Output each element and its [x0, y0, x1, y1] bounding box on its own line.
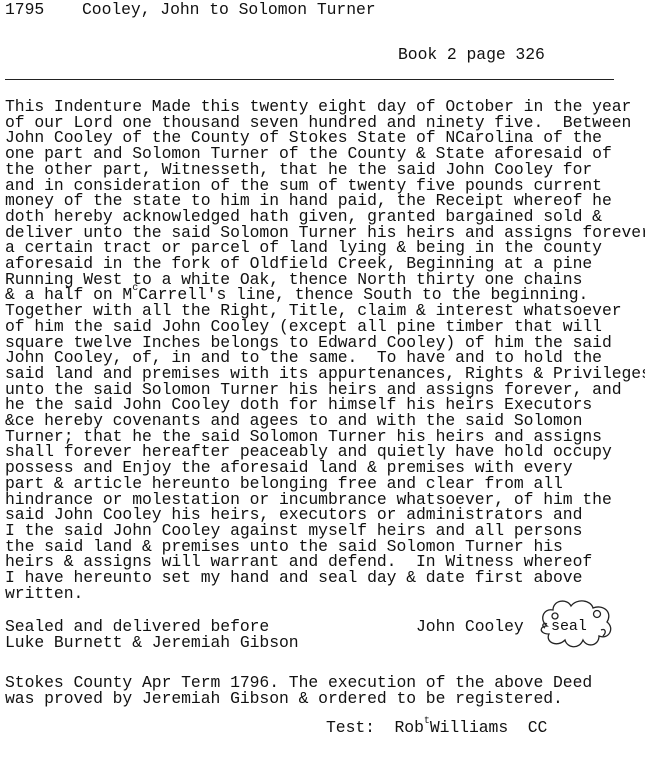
- deed-title: Cooley, John to Solomon Turner: [82, 2, 376, 18]
- header-divider: [5, 79, 614, 80]
- probate-line-2: was proved by Jeremiah Gibson & ordered …: [5, 689, 563, 708]
- signer-name: John Cooley: [416, 619, 524, 635]
- witness-block: Sealed and delivered before Luke Burnett…: [5, 619, 299, 650]
- witness-line-2: Luke Burnett & Jeremiah Gibson: [5, 633, 299, 652]
- clerk-name-superscript: t: [424, 716, 430, 727]
- clerk-title: CC: [528, 718, 548, 737]
- indenture-body: This Indenture Made this twenty eight da…: [5, 99, 645, 602]
- deed-year: 1795: [5, 2, 44, 18]
- attest-label: Test:: [326, 718, 375, 737]
- book-reference: Book 2 page 326: [398, 47, 545, 63]
- attestation: Test: RobtWilliams CC: [326, 720, 547, 736]
- body-line: I have hereunto set my hand and seal day…: [5, 570, 645, 586]
- seal-label: seal: [551, 619, 587, 635]
- clerk-name-prefix: Rob: [395, 718, 424, 737]
- mc-superscript: c: [132, 283, 138, 294]
- scroll-seal-icon: seal: [533, 596, 617, 652]
- probate-note: Stokes County Apr Term 1796. The executi…: [5, 675, 592, 706]
- clerk-name-suffix: Williams: [430, 718, 508, 737]
